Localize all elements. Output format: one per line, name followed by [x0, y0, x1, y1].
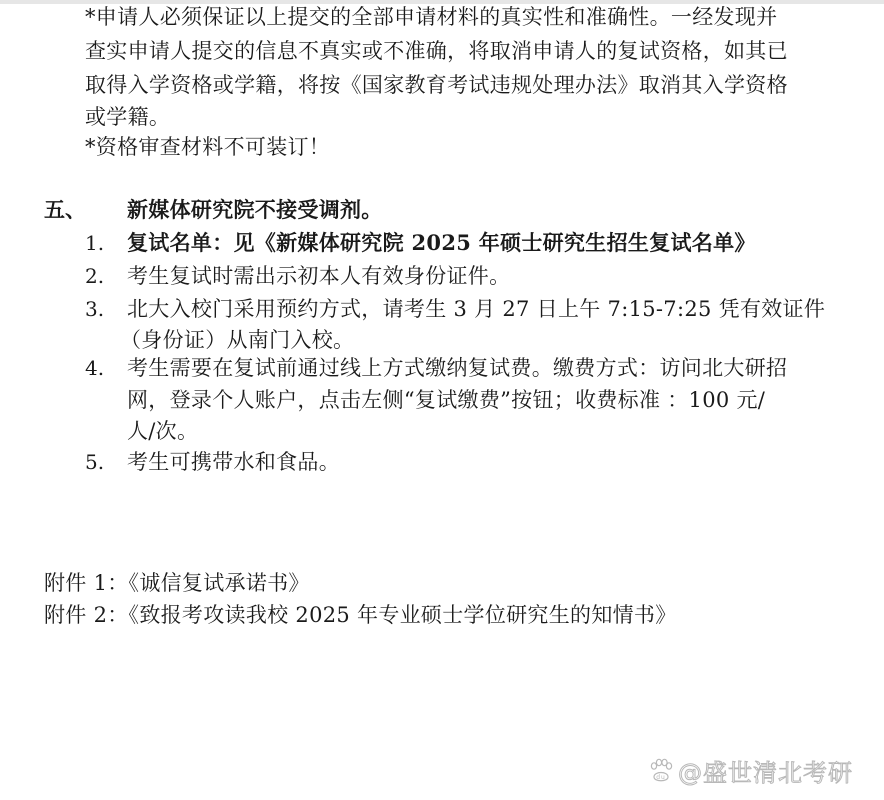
- item-text: （身份证）从南门入校。: [120, 325, 354, 355]
- watermark: du @盛世清北考研: [648, 753, 853, 788]
- item-text: 考生需要在复试前通过线上方式缴纳复试费。缴费方式：访问北大研招: [127, 353, 787, 383]
- item-text: 考生复试时需出示初本人有效身份证件。: [127, 261, 510, 291]
- note-line: 或学籍。: [85, 102, 170, 132]
- note-line: 查实申请人提交的信息不真实或不准确，将取消申请人的复试资格，如其已: [85, 36, 788, 66]
- attachment-1: 附件 1：《诚信复试承诺书》: [44, 568, 310, 598]
- svg-text:du: du: [656, 774, 666, 781]
- section-number: 五、: [44, 195, 86, 225]
- item-number: 4.: [85, 353, 104, 383]
- item-number: 3.: [85, 294, 104, 324]
- attachment-2: 附件 2：《致报考攻读我校 2025 年专业硕士学位研究生的知情书》: [44, 600, 677, 630]
- item-text: 复试名单：见《新媒体研究院 2025 年硕士研究生招生复试名单》: [127, 228, 756, 258]
- item-text: 考生可携带水和食品。: [127, 447, 340, 477]
- item-text: 北大入校门采用预约方式，请考生 3 月 27 日上午 7:15-7:25 凭有效…: [127, 294, 825, 324]
- item-number: 5.: [85, 447, 104, 477]
- item-number: 1.: [85, 228, 104, 258]
- note-line: 取得入学资格或学籍，将按《国家教育考试违规处理办法》取消其入学资格: [85, 70, 788, 100]
- item-text: 网，登录个人账户，点击左侧“复试缴费”按钮；收费标准 ：100 元/: [127, 385, 765, 415]
- section-title: 新媒体研究院不接受调剂。: [127, 195, 383, 225]
- item-text: 人/次。: [127, 416, 198, 446]
- note-line: *申请人必须保证以上提交的全部申请材料的真实性和准确性。一经发现并: [85, 2, 777, 32]
- watermark-text: @盛世清北考研: [678, 753, 853, 788]
- item-number: 2.: [85, 261, 104, 291]
- baidu-paw-icon: du: [648, 758, 674, 784]
- note-line: *资格审查材料不可装订！: [85, 132, 330, 162]
